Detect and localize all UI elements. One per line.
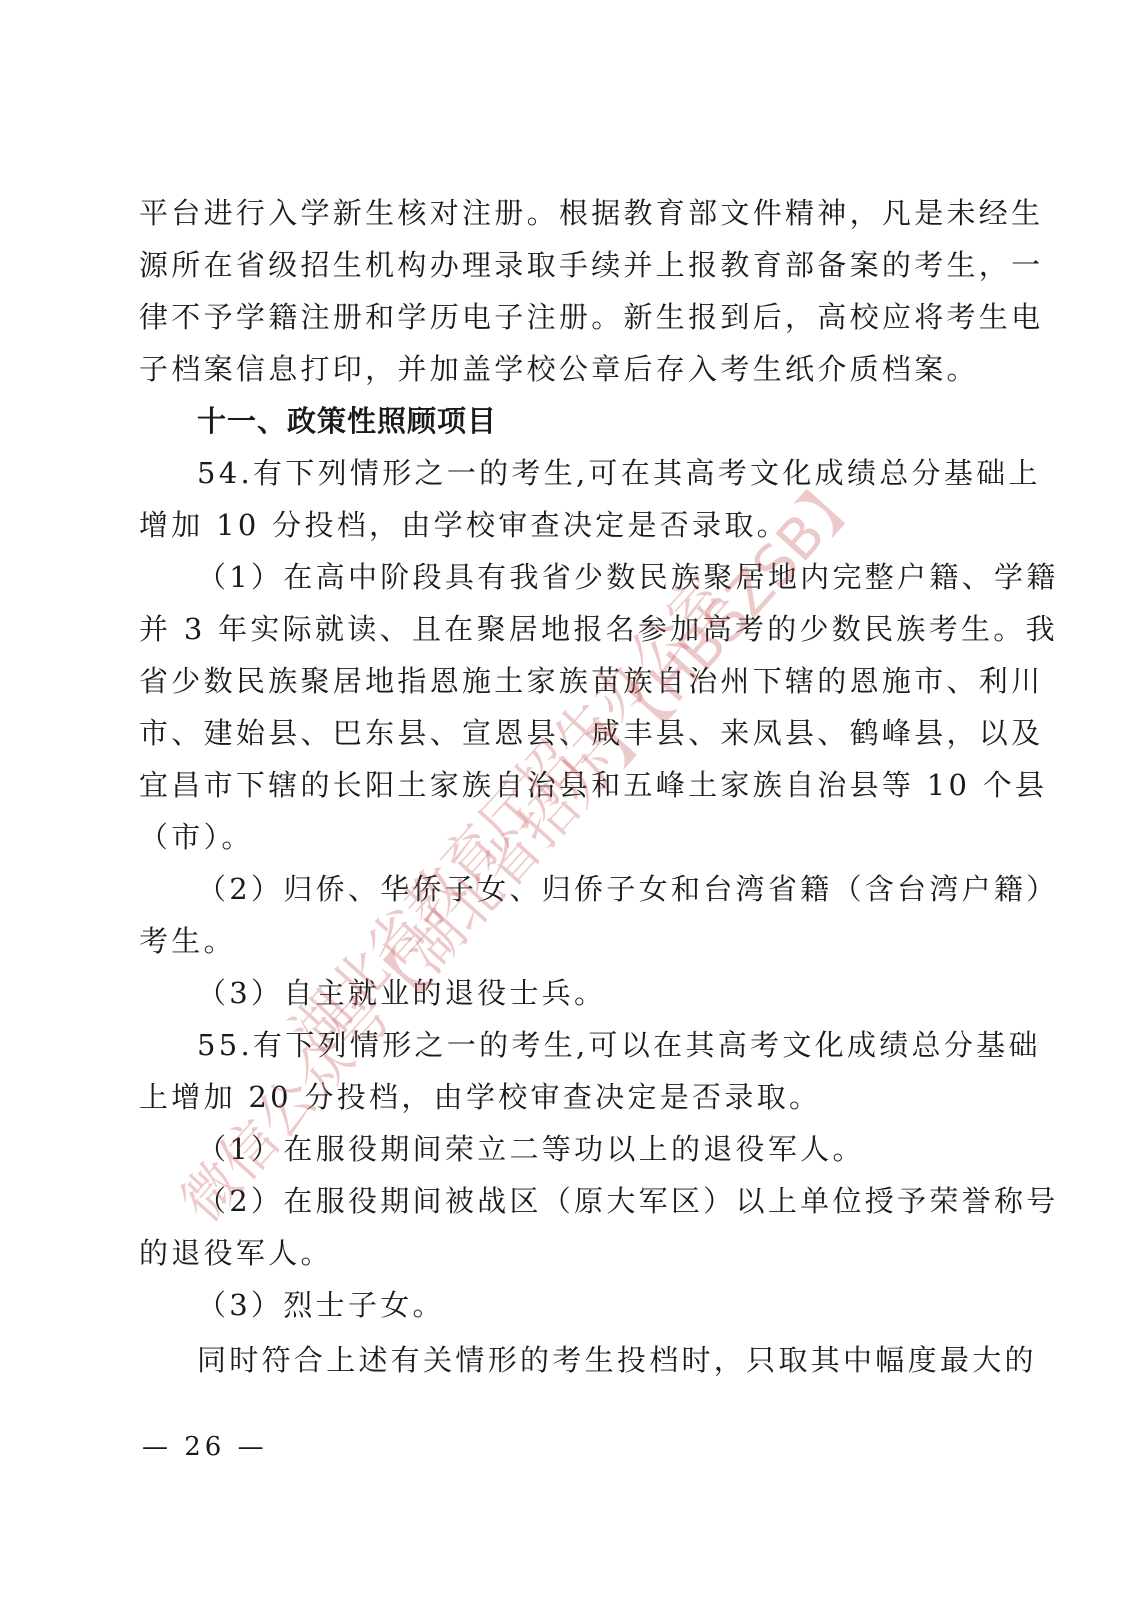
body-text-line: 省少数民族聚居地指恩施土家族苗族自治州下辖的恩施市、利川: [139, 661, 969, 701]
body-text-line: 考生。: [139, 921, 969, 961]
body-text-line: 同时符合上述有关情形的考生投档时，只取其中幅度最大的: [197, 1340, 1027, 1380]
list-item: （2）归侨、华侨子女、归侨子女和台湾省籍（含台湾户籍）: [197, 869, 1027, 909]
list-item: （2）在服役期间被战区（原大军区）以上单位授予荣誉称号: [197, 1181, 1027, 1221]
clause-55: 55.有下列情形之一的考生,可以在其高考文化成绩总分基础: [197, 1025, 1027, 1065]
list-item: （3）烈士子女。: [197, 1285, 1027, 1325]
body-text-line: 子档案信息打印，并加盖学校公章后存入考生纸介质档案。: [139, 349, 969, 389]
document-page: 平台进行入学新生核对注册。根据教育部文件精神，凡是未经生 源所在省级招生机构办理…: [0, 0, 1131, 1600]
body-text-line: 增加 10 分投档，由学校审查决定是否录取。: [139, 505, 969, 545]
body-text-line: 宜昌市下辖的长阳土家族自治县和五峰土家族自治县等 10 个县: [139, 765, 969, 805]
list-item: （3）自主就业的退役士兵。: [197, 973, 1027, 1013]
body-text-line: 市、建始县、巴东县、宣恩县、咸丰县、来凤县、鹤峰县，以及: [139, 713, 969, 753]
body-text-line: 平台进行入学新生核对注册。根据教育部文件精神，凡是未经生: [139, 193, 969, 233]
body-text-line: 上增加 20 分投档，由学校审查决定是否录取。: [139, 1077, 969, 1117]
list-item: （1）在服役期间荣立二等功以上的退役军人。: [197, 1129, 1027, 1169]
list-item: （1）在高中阶段具有我省少数民族聚居地内完整户籍、学籍: [197, 557, 1027, 597]
page-number: — 26 —: [142, 1432, 268, 1462]
body-text-line: 的退役军人。: [139, 1233, 969, 1273]
section-heading: 十一、政策性照顾项目: [197, 401, 1027, 441]
body-text-line: 律不予学籍注册和学历电子注册。新生报到后，高校应将考生电: [139, 297, 969, 337]
body-text-line: 并 3 年实际就读、且在聚居地报名参加高考的少数民族考生。我: [139, 609, 969, 649]
body-text-line: （市）。: [139, 817, 969, 857]
clause-54: 54.有下列情形之一的考生,可在其高考文化成绩总分基础上: [197, 453, 1027, 493]
body-text-line: 源所在省级招生机构办理录取手续并上报教育部备案的考生，一: [139, 245, 969, 285]
